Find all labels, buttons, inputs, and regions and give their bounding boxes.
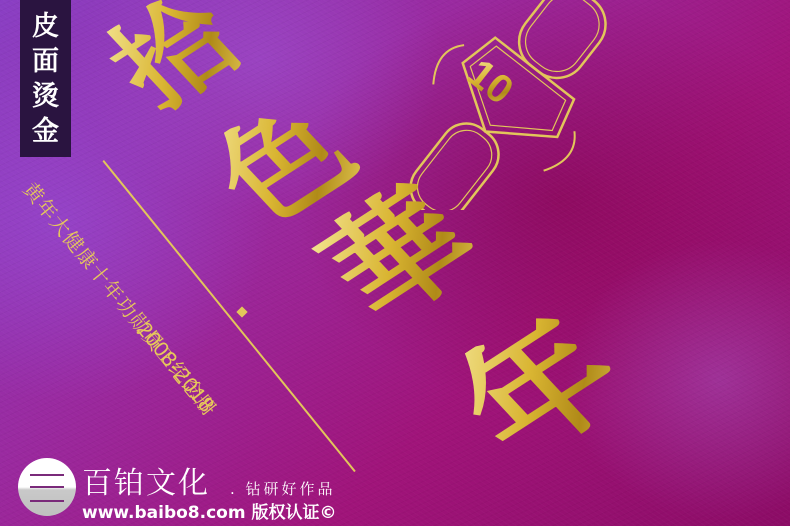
anniversary-badge-icon	[380, 0, 640, 210]
tag-char: 金	[32, 115, 59, 148]
brand-copyright: 版权认证©	[251, 503, 336, 523]
brand-name: 百铂文化	[82, 458, 210, 502]
brand-url: www.baibo8.com 版权认证©	[82, 498, 336, 523]
tag-char: 皮	[32, 10, 59, 43]
brand-url-text: www.baibo8.com	[82, 503, 246, 523]
category-tag: 皮 面 烫 金	[20, 0, 71, 157]
brand-watermark: 百铂文化 . 钻研好作品 www.baibo8.com 版权认证©	[14, 458, 414, 526]
tag-char: 面	[32, 45, 59, 78]
leather-cover-photo: 皮 面 烫 金 10 拾 色 華 年 黄年大健康十年功勋员工纪念册 2008-2…	[0, 0, 790, 526]
brand-slogan: . 钻研好作品	[230, 478, 336, 499]
brand-logo-icon	[18, 458, 76, 516]
tag-char: 烫	[32, 80, 59, 113]
